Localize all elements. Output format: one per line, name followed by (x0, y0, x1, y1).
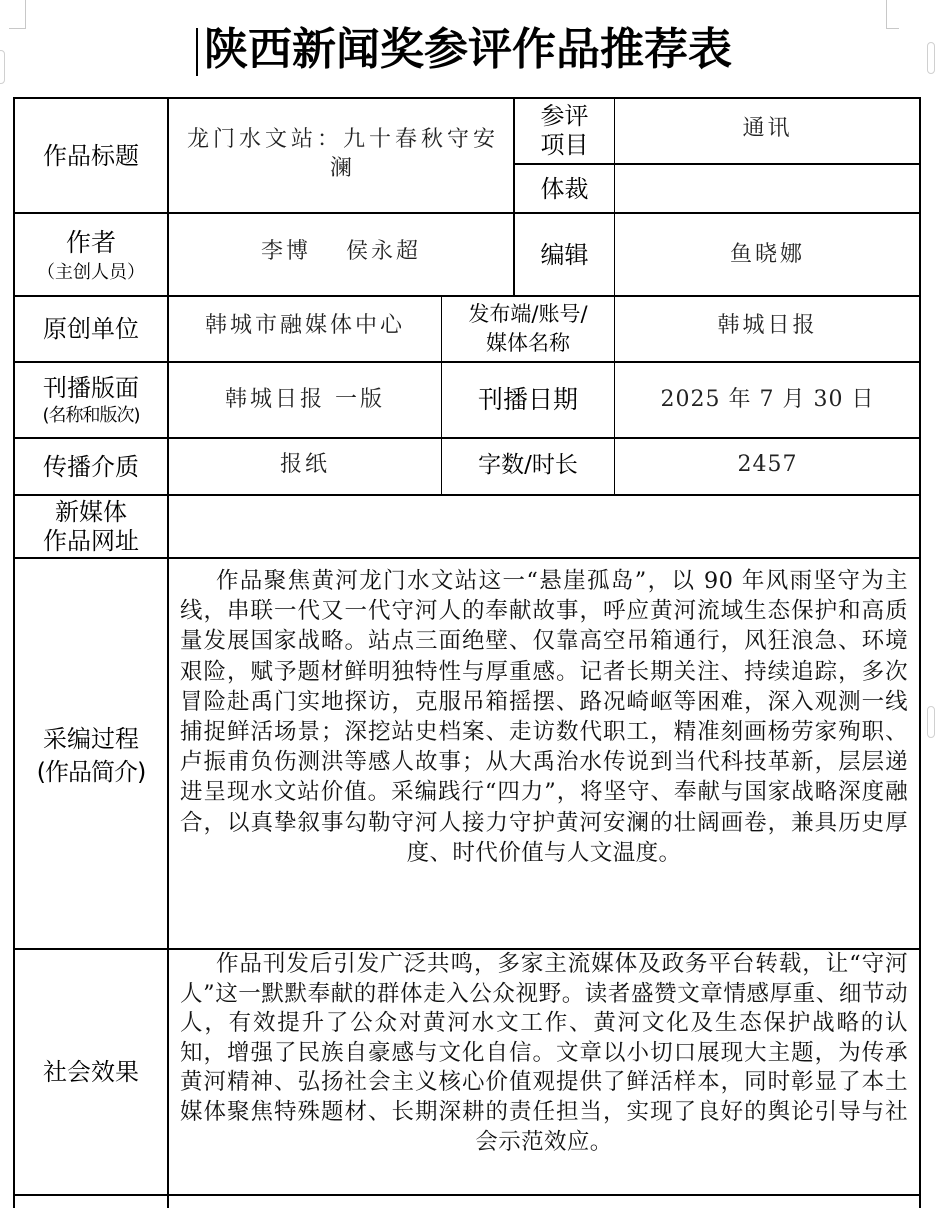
medium-value[interactable]: 报纸 (280, 451, 330, 479)
genre-label-cell: 体裁 (515, 165, 614, 212)
work-title-label: 作品标题 (43, 141, 139, 171)
entry-item-value-cell[interactable]: 通讯 (616, 99, 919, 163)
layout-value[interactable]: 韩城日报 一版 (225, 386, 385, 414)
word-count-label: 字数/时长 (478, 450, 578, 480)
layout-label: 刊播版面 (名称和版次) (42, 372, 139, 428)
editor-label: 编辑 (541, 240, 589, 270)
social-effect-text[interactable]: 作品刊发后引发广泛共鸣，多家主流媒体及政务平台转载，让“守河人”这一默默奉献的群… (180, 950, 908, 1157)
layout-label-cell: 刊播版面 (名称和版次) (15, 363, 167, 437)
process-label-cell: 采编过程 (作品简介) (15, 559, 167, 948)
process-text[interactable]: 作品聚焦黄河龙门水文站这一“悬崖孤岛”，以 90 年风雨坚守为主线，串联一代又一… (180, 566, 908, 868)
editor-value-cell[interactable]: 鱼晓娜 (616, 214, 919, 295)
entry-item-label: 参评 项目 (541, 102, 589, 160)
new-media-url-label: 新媒体 作品网址 (43, 498, 139, 556)
author-label: 作者 （主创人员） (37, 225, 145, 285)
medium-value-cell[interactable]: 报纸 (169, 439, 441, 494)
word-count-value[interactable]: 2457 (738, 451, 798, 479)
publisher-value-cell[interactable]: 韩城日报 (616, 297, 919, 361)
editor-value[interactable]: 鱼晓娜 (730, 241, 805, 269)
new-media-url-value-cell[interactable] (169, 496, 919, 557)
publisher-label-cell: 发布端/账号/ 媒体名称 (442, 297, 614, 361)
genre-value-cell[interactable] (616, 165, 919, 212)
original-unit-label: 原创单位 (43, 314, 139, 344)
row-divider (13, 1194, 921, 1196)
publish-date-label: 刊播日期 (478, 385, 578, 415)
publisher-value[interactable]: 韩城日报 (717, 312, 817, 340)
work-title-value-cell[interactable]: 龙门水文站：九十春秋守安澜 (178, 99, 508, 212)
publisher-label: 发布端/账号/ 媒体名称 (468, 300, 587, 358)
process-text-cell[interactable]: 作品聚焦黄河龙门水文站这一“悬崖孤岛”，以 90 年风雨坚守为主线，串联一代又一… (180, 566, 908, 942)
right-edge-handle-middle[interactable] (927, 706, 935, 738)
new-media-url-label-cell: 新媒体 作品网址 (15, 496, 167, 557)
work-title-label-cell: 作品标题 (15, 99, 167, 212)
social-effect-label-cell: 社会效果 (15, 950, 167, 1194)
genre-label: 体裁 (541, 174, 589, 204)
publish-date-value-cell[interactable]: 2025 年 7 月 30 日 (616, 363, 919, 437)
original-unit-value-cell[interactable]: 韩城市融媒体中心 (169, 297, 441, 361)
author-value-cell[interactable]: 李博 侯永超 (169, 214, 513, 295)
original-unit-value[interactable]: 韩城市融媒体中心 (205, 312, 405, 340)
work-title-value[interactable]: 龙门水文站：九十春秋守安澜 (178, 125, 508, 183)
publish-date-value[interactable]: 2025 年 7 月 30 日 (661, 386, 875, 414)
word-count-value-cell[interactable]: 2457 (616, 439, 919, 494)
word-count-label-cell: 字数/时长 (442, 439, 614, 494)
document-title: 陕西新闻奖参评作品推荐表 (0, 22, 936, 78)
original-unit-label-cell: 原创单位 (15, 297, 167, 361)
medium-label: 传播介质 (43, 452, 139, 482)
publish-date-label-cell: 刊播日期 (442, 363, 614, 437)
process-label: 采编过程 (作品简介) (37, 721, 146, 787)
entry-item-value[interactable]: 通讯 (742, 115, 792, 143)
column-divider (614, 97, 615, 494)
author-label-cell: 作者 （主创人员） (15, 214, 167, 295)
editor-label-cell: 编辑 (515, 214, 614, 295)
medium-label-cell: 传播介质 (15, 439, 167, 494)
author-value[interactable]: 李博 侯永超 (261, 238, 421, 266)
table-border-right (919, 97, 921, 1208)
layout-value-cell[interactable]: 韩城日报 一版 (169, 363, 441, 437)
social-effect-text-cell[interactable]: 作品刊发后引发广泛共鸣，多家主流媒体及政务平台转载，让“守河人”这一默默奉献的群… (180, 950, 908, 1194)
social-effect-label: 社会效果 (43, 1057, 139, 1087)
entry-item-label-cell: 参评 项目 (515, 99, 614, 163)
